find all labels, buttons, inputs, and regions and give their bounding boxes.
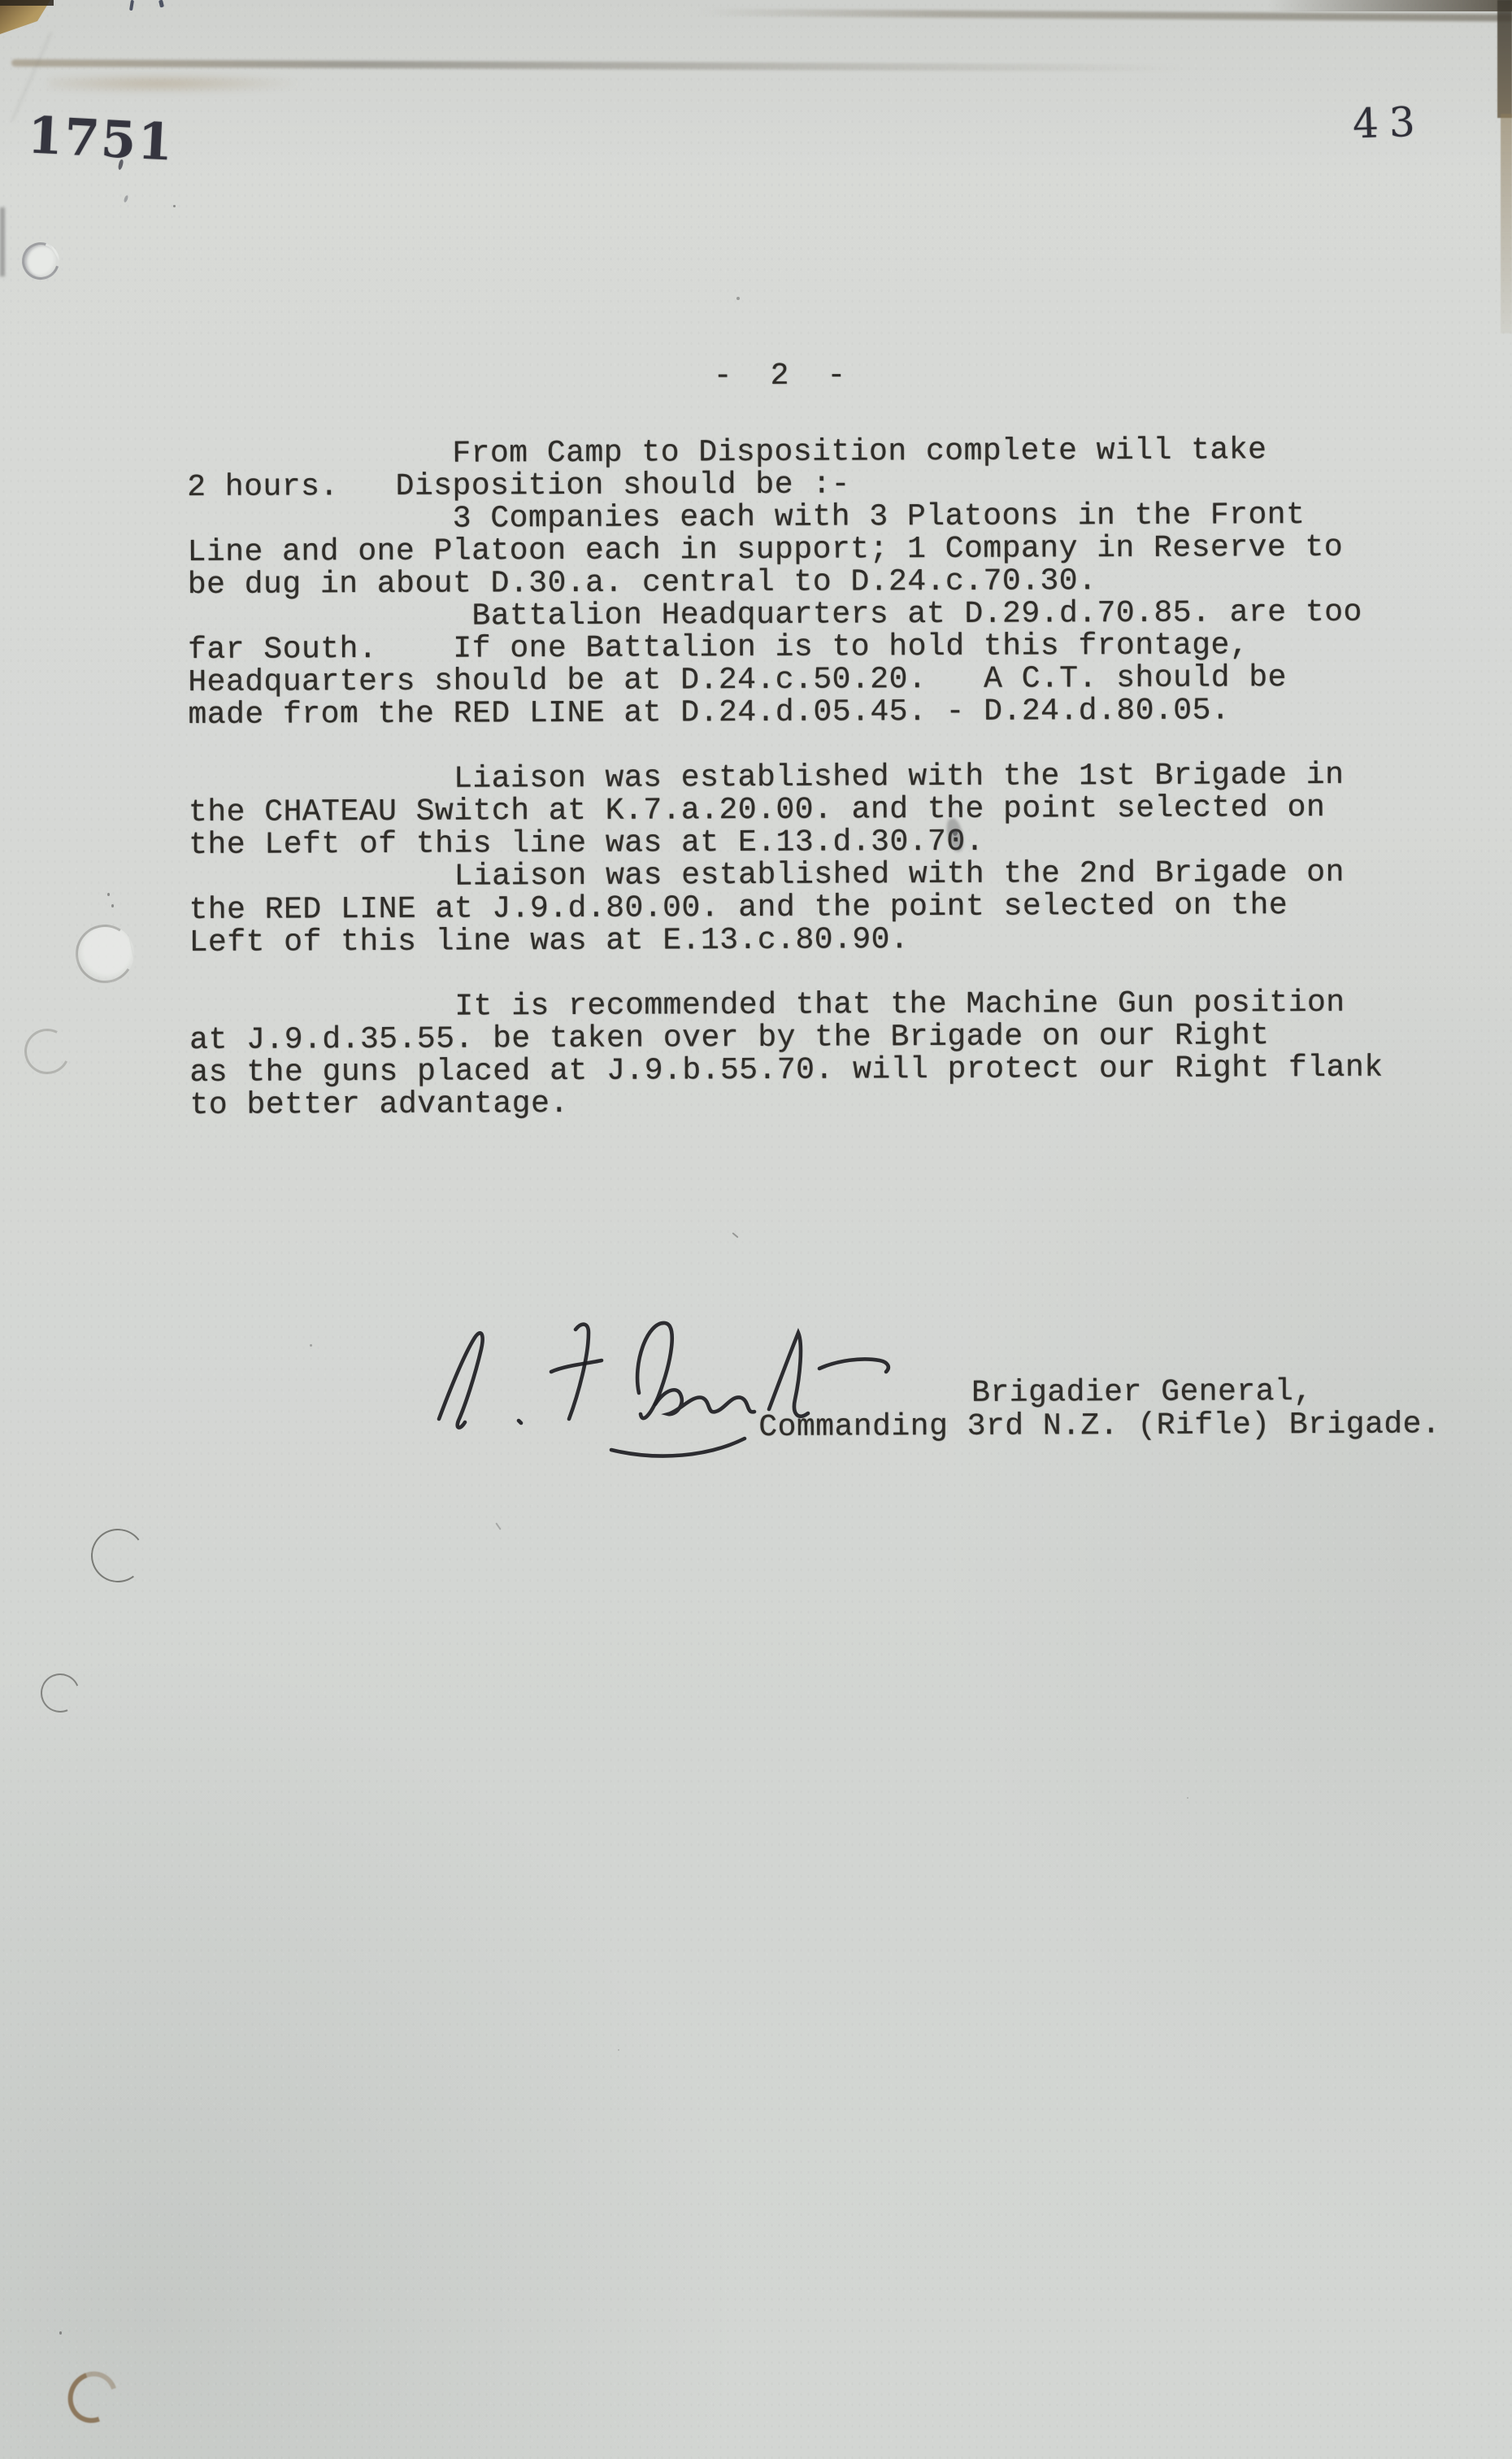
dust-speck: [107, 893, 110, 896]
dust-speck: [732, 1232, 738, 1238]
crescent-impression-1: [70, 919, 139, 988]
paper-right-edge-lower: [1501, 114, 1512, 333]
dust-speck: [736, 297, 740, 300]
crescent-impression-2: [19, 1023, 76, 1081]
punch-hole: [15, 236, 66, 286]
top-right-dark-edge: [1268, 0, 1512, 11]
ink-mark-top-2: [159, 0, 164, 7]
signature-stroke-dot: [519, 1421, 521, 1423]
archive-stamp-number: 1751: [26, 105, 176, 172]
crescent-impression-3: [88, 1525, 149, 1586]
stamp-comma-mark-faint: [124, 195, 129, 203]
typed-paragraph-liaison: Liaison was established with the 1st Bri…: [189, 759, 1345, 960]
dust-speck: [59, 2331, 62, 2335]
paper-left-edge-sliver: [0, 207, 5, 276]
signature-stroke-tew: [655, 1390, 754, 1414]
signature-stroke-f-cross: [551, 1360, 602, 1372]
stain-blotch-top-left: [49, 73, 366, 96]
dust-speck: [618, 2049, 619, 2051]
signature-script: [406, 1297, 927, 1468]
dust-speck: [199, 577, 201, 580]
crescent-stain-bottom: [59, 2363, 126, 2431]
signature-stroke-art: [769, 1333, 808, 1417]
paper-right-edge-upper: [1497, 0, 1512, 118]
dust-speck: [111, 904, 114, 907]
document-page: 1751 43 - 2 - From Camp to Disposition c…: [0, 0, 1512, 2459]
dust-speck: [912, 781, 915, 783]
dust-speck: [495, 1522, 501, 1530]
signature-underline: [611, 1438, 745, 1456]
page-number: - 2 -: [714, 359, 846, 393]
dust-speck: [173, 205, 176, 207]
folio-number: 43: [1352, 98, 1427, 147]
signature-stroke-f-stem: [569, 1325, 589, 1419]
ink-smudge-core: [953, 829, 958, 836]
signature-stroke-t-cross: [819, 1359, 889, 1372]
dust-speck: [310, 1344, 312, 1347]
signature-rank-line: Brigadier General,: [971, 1376, 1313, 1410]
typed-paragraph-disposition: From Camp to Disposition complete will t…: [187, 434, 1362, 732]
crescent-impression-4: [35, 1668, 85, 1718]
underlying-sheet-edge-left: [11, 59, 1182, 72]
signature-stroke-initial: [439, 1333, 483, 1427]
dust-speck: [1187, 1797, 1188, 1799]
top-left-dark-edge: [0, 0, 54, 6]
ink-mark-top-1: [129, 0, 134, 11]
typed-paragraph-machine-gun: It is recommended that the Machine Gun p…: [189, 987, 1384, 1122]
